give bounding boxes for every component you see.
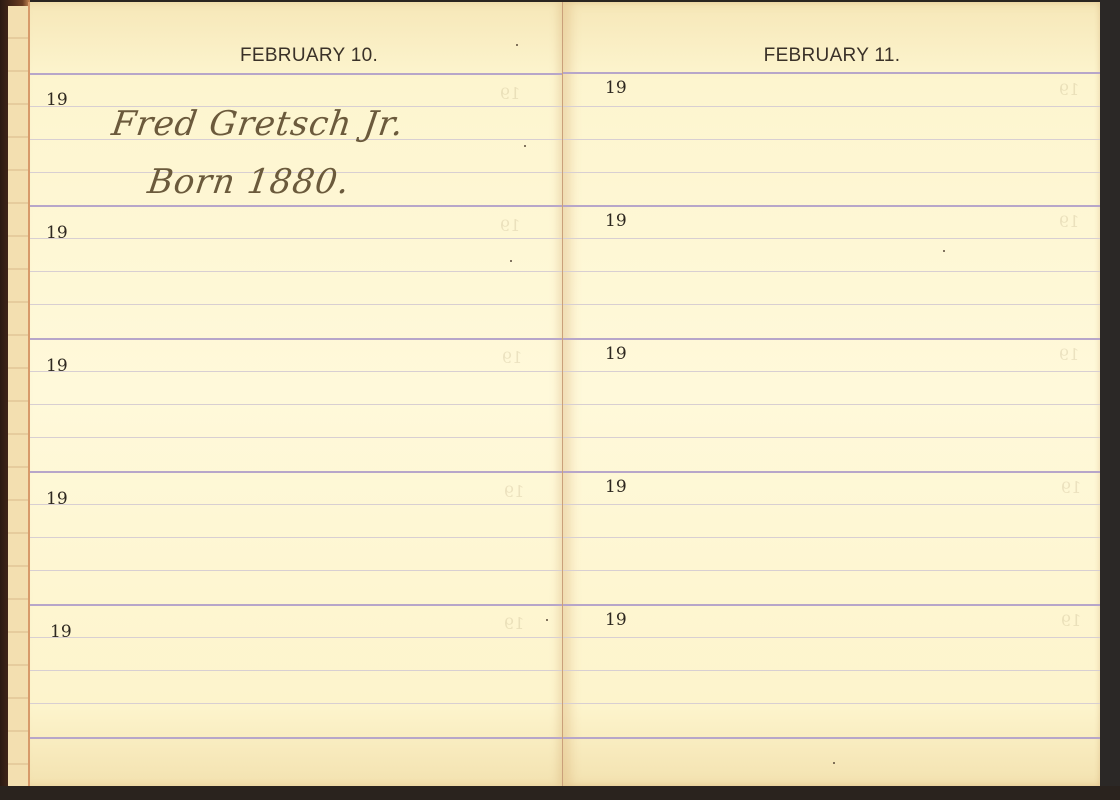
line-rule [563, 238, 1101, 239]
line-rule [30, 437, 564, 438]
year-label: 19 [46, 223, 68, 243]
line-rule [563, 670, 1101, 671]
section-rule [30, 338, 564, 340]
line-rule [563, 504, 1101, 505]
bleed-through-year: 19 [1061, 478, 1081, 497]
diary-page-february-10: FEBRUARY 10. 19 19 19 19 19 19 19 19 19 … [28, 2, 564, 786]
paper-speck [510, 260, 512, 262]
line-rule [563, 537, 1101, 538]
line-rule [563, 139, 1101, 140]
line-rule [563, 703, 1101, 704]
section-rule [30, 471, 564, 473]
line-rule [563, 437, 1101, 438]
bleed-through-year: 19 [500, 84, 520, 103]
line-rule [563, 106, 1101, 107]
section-rule [563, 471, 1101, 473]
section-rule [563, 604, 1101, 606]
handwritten-note-born: Born 1880. [145, 162, 352, 202]
line-rule [30, 404, 564, 405]
bleed-through-year: 19 [500, 216, 520, 235]
page-title: FEBRUARY 10. [30, 45, 588, 67]
bleed-through-year: 19 [1059, 80, 1079, 99]
line-rule [30, 703, 564, 704]
year-label: 19 [50, 622, 72, 642]
section-rule [563, 737, 1101, 739]
line-rule [30, 371, 564, 372]
paper-speck [516, 44, 518, 46]
year-label: 19 [46, 90, 68, 110]
handwritten-note-name: Fred Gretsch Jr. [109, 104, 407, 144]
bleed-through-year: 19 [1059, 345, 1079, 364]
page-title: FEBRUARY 11. [563, 45, 1101, 67]
bleed-through-year: 19 [504, 482, 524, 501]
section-rule [563, 72, 1101, 74]
section-rule [30, 737, 564, 739]
line-rule [563, 404, 1101, 405]
year-label: 19 [605, 344, 627, 364]
year-label: 19 [46, 489, 68, 509]
diary-page-february-11: FEBRUARY 11. 19 19 19 19 19 19 19 19 19 … [562, 2, 1101, 786]
line-rule [563, 304, 1101, 305]
section-rule [30, 73, 564, 75]
line-rule [563, 172, 1101, 173]
line-rule [563, 570, 1101, 571]
bleed-through-year: 19 [504, 614, 524, 633]
year-label: 19 [605, 610, 627, 630]
section-rule [30, 604, 564, 606]
year-label: 19 [605, 78, 627, 98]
line-rule [563, 271, 1101, 272]
paper-speck [833, 762, 835, 764]
book-cover-right-edge [1100, 0, 1120, 800]
line-rule [30, 271, 564, 272]
line-rule [563, 371, 1101, 372]
book-cover-bottom-edge [0, 786, 1120, 800]
section-rule [563, 338, 1101, 340]
bleed-through-year: 19 [1061, 611, 1081, 630]
bleed-through-year: 19 [1059, 212, 1079, 231]
section-rule [563, 205, 1101, 207]
line-rule [563, 637, 1101, 638]
paper-speck [546, 619, 548, 621]
line-rule [30, 570, 564, 571]
paper-speck [524, 145, 526, 147]
line-rule [30, 637, 564, 638]
year-label: 19 [605, 211, 627, 231]
line-rule [30, 238, 564, 239]
paper-speck [943, 250, 945, 252]
year-label: 19 [46, 356, 68, 376]
year-label: 19 [605, 477, 627, 497]
line-rule [30, 537, 564, 538]
line-rule [30, 504, 564, 505]
section-rule [30, 205, 564, 207]
bleed-through-year: 19 [502, 348, 522, 367]
line-rule [30, 670, 564, 671]
line-rule [30, 304, 564, 305]
